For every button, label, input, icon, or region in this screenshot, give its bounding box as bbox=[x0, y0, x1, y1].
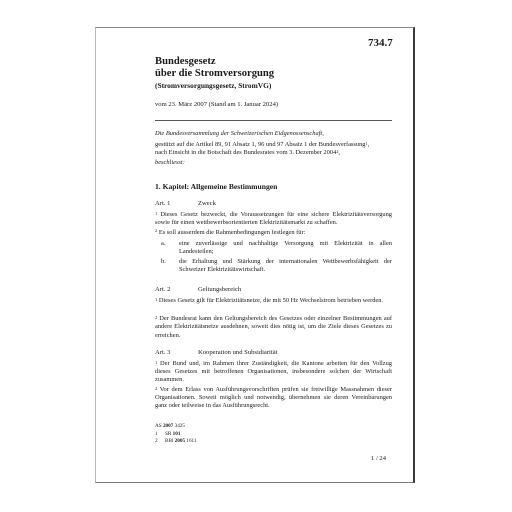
article-2-heading: Art. 2 Geltungsbereich bbox=[155, 287, 392, 294]
preamble-basis: gestützt auf die Artikel 89, 91 Absatz 1… bbox=[155, 141, 392, 157]
date-line: vom 23. März 2007 (Stand am 1. Januar 20… bbox=[155, 102, 392, 109]
article-1-paragraph-1: 1 Dieses Gesetz bezweckt, die Voraussetz… bbox=[155, 211, 392, 227]
subtitle: (Stromversorgungsgesetz, StromVG) bbox=[155, 82, 392, 89]
title-divider bbox=[155, 120, 392, 121]
article-number: Art. 2 bbox=[155, 286, 170, 293]
article-title: Zweck bbox=[198, 201, 216, 208]
article-3-paragraph-2: 2 Vor dem Erlass von Ausführungsvorschri… bbox=[155, 386, 392, 411]
article-1-paragraph-2: 2 Es soll ausserdem die Rahmenbedingunge… bbox=[155, 230, 392, 236]
article-number: Art. 1 bbox=[155, 200, 170, 207]
article-number: Art. 3 bbox=[155, 349, 170, 356]
article-3-paragraph-1: 1 Der Bund und, im Rahmen ihrer Zuständi… bbox=[155, 360, 392, 385]
preamble-decision: beschliesst: bbox=[155, 160, 392, 166]
article-2-paragraph-2: 2 Der Bundesrat kann den Geltungsbereich… bbox=[155, 315, 392, 340]
article-title: Kooperation und Subsidiarität bbox=[198, 350, 277, 357]
article-1-heading: Art. 1 Zweck bbox=[155, 201, 392, 208]
article-3-heading: Art. 3 Kooperation und Subsidiarität bbox=[155, 350, 392, 357]
as-reference: AS 2007 3425 bbox=[155, 424, 392, 429]
article-2-paragraph-1: 1 Dieses Gesetz gilt für Elektrizitätsne… bbox=[155, 297, 392, 305]
preamble-issuer: Die Bundesversammlung der Schweizerische… bbox=[155, 131, 392, 137]
title-line-1: Bundesgesetz bbox=[155, 57, 392, 68]
title-line-2: über die Stromversorgung bbox=[155, 69, 392, 80]
footnote-ref-1[interactable]: 1 bbox=[366, 141, 368, 146]
article-title: Geltungsbereich bbox=[198, 287, 241, 294]
sr-number: 734.7 bbox=[368, 38, 393, 49]
footnote-2: 2 BBl 2005 1611 bbox=[155, 439, 392, 446]
chapter-heading: 1. Kapitel: Allgemeine Bestimmungen bbox=[155, 183, 392, 191]
page-indicator: 1 / 24 bbox=[371, 456, 386, 463]
